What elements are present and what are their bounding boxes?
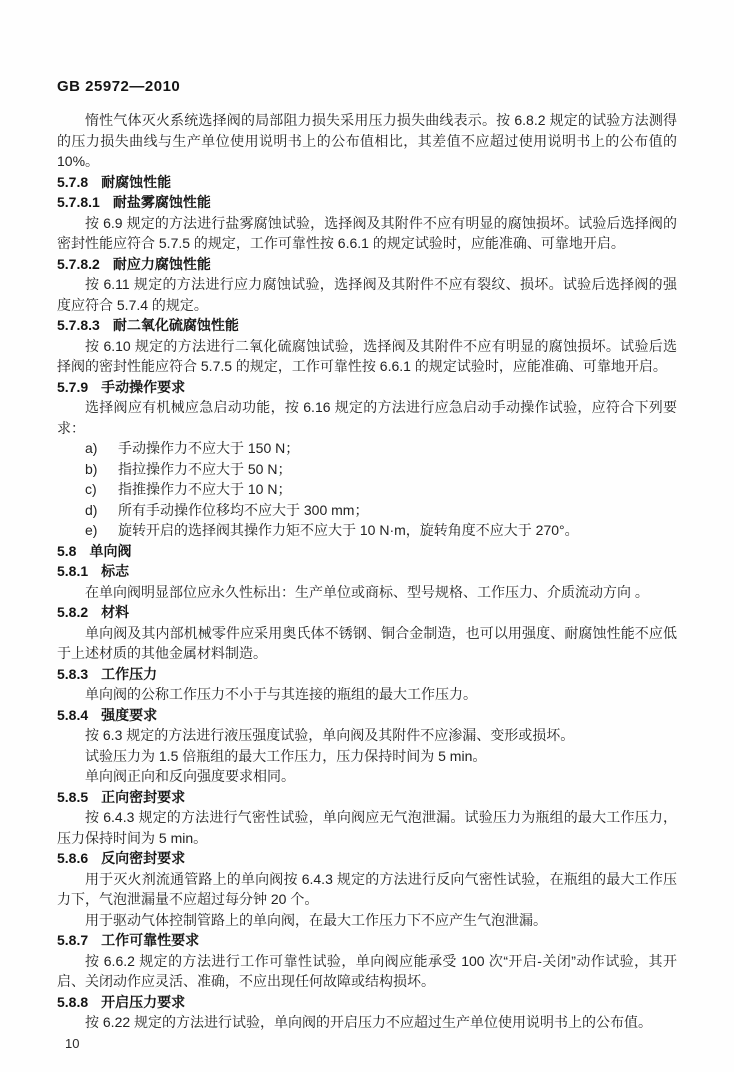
paragraph: 按 6.4.3 规定的方法进行气密性试验，单向阀应无气泡泄漏。试验压力为瓶组的最…: [57, 807, 677, 848]
paragraph: 试验压力为 1.5 倍瓶组的最大工作压力，压力保持时间为 5 min。: [57, 746, 677, 767]
document-page: GB 25972—2010 惰性气体灭火系统选择阀的局部阻力损失采用压力损失曲线…: [0, 0, 734, 1072]
section-title: 工作压力: [101, 666, 157, 682]
section-heading-5-8-3: 5.8.3工作压力: [57, 664, 677, 685]
section-title: 耐应力腐蚀性能: [113, 256, 211, 272]
paragraph: 按 6.3 规定的方法进行液压强度试验，单向阀及其附件不应渗漏、变形或损坏。: [57, 725, 677, 746]
section-number: 5.8.8: [57, 992, 88, 1013]
list-text: 指拉操作力不应大于 50 N；: [118, 459, 677, 480]
section-heading-5-7-8-1: 5.7.8.1耐盐雾腐蚀性能: [57, 192, 677, 213]
section-title: 反向密封要求: [101, 850, 185, 866]
list-text: 所有手动操作位移均不应大于 300 mm；: [118, 500, 677, 521]
list-item-a: a)手动操作力不应大于 150 N；: [57, 438, 677, 459]
list-item-c: c)指推操作力不应大于 10 N；: [57, 479, 677, 500]
list-item-e: e)旋转开启的选择阀其操作力矩不应大于 10 N·m，旋转角度不应大于 270°…: [57, 520, 677, 541]
list-marker: a): [85, 438, 118, 459]
section-number: 5.8.4: [57, 705, 88, 726]
list-marker: e): [85, 520, 118, 541]
section-title: 耐二氧化硫腐蚀性能: [113, 317, 239, 333]
paragraph: 惰性气体灭火系统选择阀的局部阻力损失采用压力损失曲线表示。按 6.8.2 规定的…: [57, 110, 677, 172]
paragraph: 按 6.22 规定的方法进行试验，单向阀的开启压力不应超过生产单位使用说明书上的…: [57, 1012, 677, 1033]
paragraph: 单向阀及其内部机械零件应采用奥氏体不锈钢、铜合金制造，也可以用强度、耐腐蚀性能不…: [57, 623, 677, 664]
list-text: 手动操作力不应大于 150 N；: [118, 438, 677, 459]
document-body: 惰性气体灭火系统选择阀的局部阻力损失采用压力损失曲线表示。按 6.8.2 规定的…: [57, 110, 677, 1033]
section-number: 5.8.7: [57, 930, 88, 951]
section-heading-5-8-5: 5.8.5正向密封要求: [57, 787, 677, 808]
list-text: 旋转开启的选择阀其操作力矩不应大于 10 N·m，旋转角度不应大于 270°。: [118, 520, 677, 541]
section-heading-5-8-2: 5.8.2材料: [57, 602, 677, 623]
section-title: 开启压力要求: [101, 994, 185, 1010]
document-number-header: GB 25972—2010: [57, 78, 677, 95]
page-number: 10: [57, 1036, 677, 1051]
paragraph: 用于灭火剂流通管路上的单向阀按 6.4.3 规定的方法进行反向气密性试验，在瓶组…: [57, 869, 677, 910]
section-number: 5.7.8.2: [57, 254, 100, 275]
section-title: 单向阀: [89, 543, 131, 559]
list-text: 指推操作力不应大于 10 N；: [118, 479, 677, 500]
section-heading-5-8-4: 5.8.4强度要求: [57, 705, 677, 726]
section-heading-5-8-1: 5.8.1标志: [57, 561, 677, 582]
list-marker: c): [85, 479, 118, 500]
paragraph: 选择阀应有机械应急启动功能，按 6.16 规定的方法进行应急启动手动操作试验，应…: [57, 397, 677, 438]
section-title: 耐腐蚀性能: [101, 174, 171, 190]
section-title: 正向密封要求: [101, 789, 185, 805]
section-heading-5-7-8-3: 5.7.8.3耐二氧化硫腐蚀性能: [57, 315, 677, 336]
paragraph: 在单向阀明显部位应永久性标出：生产单位或商标、型号规格、工作压力、介质流动方向 …: [57, 582, 677, 603]
paragraph: 单向阀的公称工作压力不小于与其连接的瓶组的最大工作压力。: [57, 684, 677, 705]
section-heading-5-7-8: 5.7.8耐腐蚀性能: [57, 172, 677, 193]
section-number: 5.8: [57, 541, 76, 562]
paragraph: 按 6.10 规定的方法进行二氧化硫腐蚀试验，选择阀及其附件不应有明显的腐蚀损坏…: [57, 336, 677, 377]
paragraph: 按 6.6.2 规定的方法进行工作可靠性试验，单向阀应能承受 100 次“开启-…: [57, 951, 677, 992]
section-title: 工作可靠性要求: [101, 932, 199, 948]
section-heading-5-8: 5.8单向阀: [57, 541, 677, 562]
paragraph: 用于驱动气体控制管路上的单向阀，在最大工作压力下不应产生气泡泄漏。: [57, 910, 677, 931]
section-number: 5.8.1: [57, 561, 88, 582]
section-heading-5-7-8-2: 5.7.8.2耐应力腐蚀性能: [57, 254, 677, 275]
section-heading-5-7-9: 5.7.9手动操作要求: [57, 377, 677, 398]
section-title: 标志: [101, 563, 129, 579]
section-number: 5.7.8: [57, 172, 88, 193]
section-number: 5.8.5: [57, 787, 88, 808]
paragraph: 按 6.11 规定的方法进行应力腐蚀试验，选择阀及其附件不应有裂纹、损坏。试验后…: [57, 274, 677, 315]
section-number: 5.7.9: [57, 377, 88, 398]
list-marker: b): [85, 459, 118, 480]
section-heading-5-8-6: 5.8.6反向密封要求: [57, 848, 677, 869]
list-marker: d): [85, 500, 118, 521]
section-heading-5-8-7: 5.8.7工作可靠性要求: [57, 930, 677, 951]
section-title: 材料: [101, 604, 129, 620]
section-number: 5.8.2: [57, 602, 88, 623]
list-item-b: b)指拉操作力不应大于 50 N；: [57, 459, 677, 480]
section-number: 5.8.3: [57, 664, 88, 685]
section-title: 强度要求: [101, 707, 157, 723]
section-title: 耐盐雾腐蚀性能: [113, 194, 211, 210]
section-heading-5-8-8: 5.8.8开启压力要求: [57, 992, 677, 1013]
section-number: 5.8.6: [57, 848, 88, 869]
list-item-d: d)所有手动操作位移均不应大于 300 mm；: [57, 500, 677, 521]
paragraph: 按 6.9 规定的方法进行盐雾腐蚀试验，选择阀及其附件不应有明显的腐蚀损坏。试验…: [57, 213, 677, 254]
section-number: 5.7.8.3: [57, 315, 100, 336]
section-title: 手动操作要求: [101, 379, 185, 395]
paragraph: 单向阀正向和反向强度要求相同。: [57, 766, 677, 787]
section-number: 5.7.8.1: [57, 192, 100, 213]
